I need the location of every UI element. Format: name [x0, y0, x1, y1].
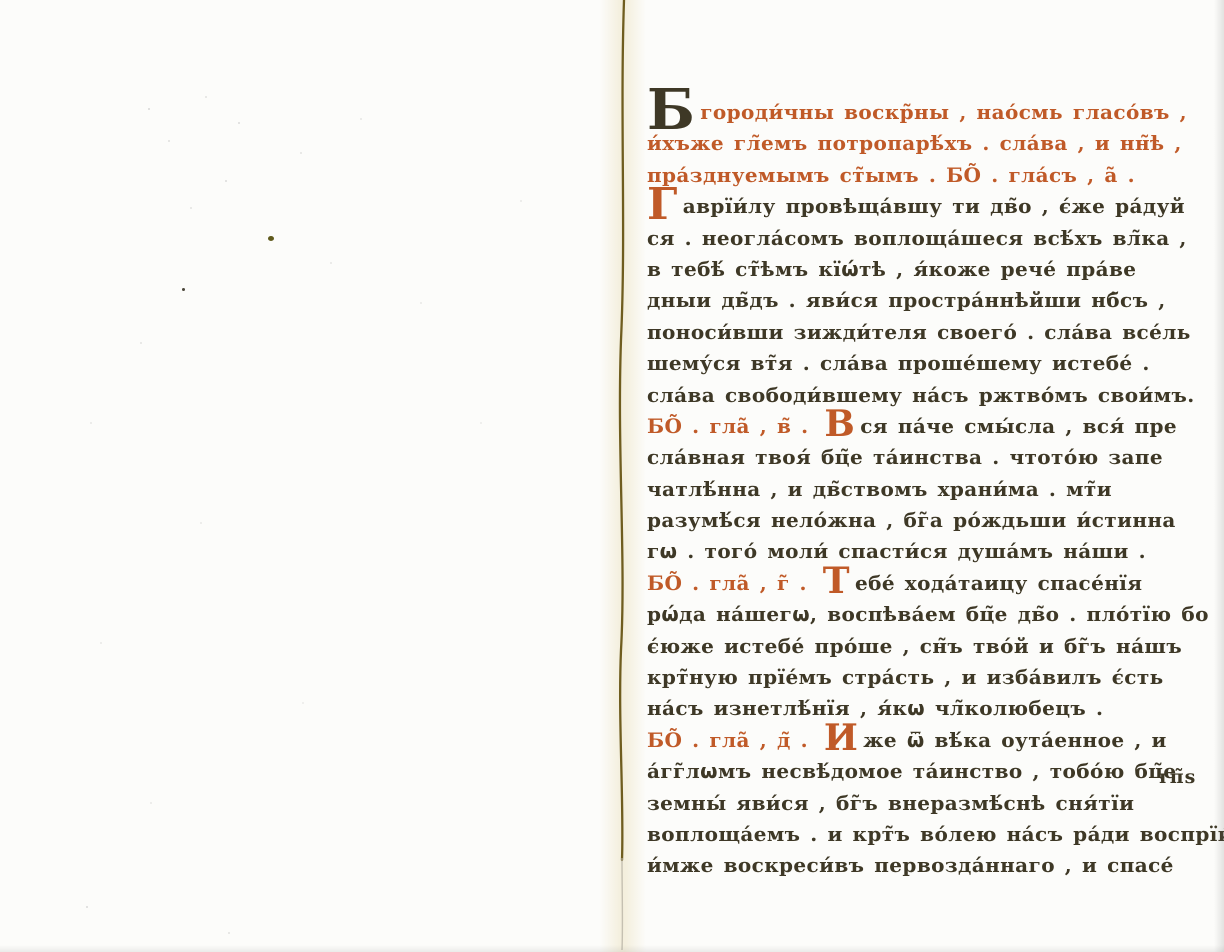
left-page-blank: [0, 0, 612, 952]
scan-edge-shadow-bottom: [0, 945, 1224, 952]
text-line: Бгороди́чны воскр̃ны , нао́смь гласо́въ …: [647, 97, 1192, 128]
text-segment: гѡ . того́ моли́ спасти́ся душа́мъ на́ши…: [647, 536, 1146, 567]
text-segment: дныи дв̃дъ . яви́ся простра́ннѣйши нб̃съ…: [647, 285, 1166, 316]
text-line: воплоща́емъ . и крт̃ъ во́лею на́съ ра́ди…: [647, 819, 1192, 850]
text-line: Гаврїи́лу провѣща́вшу ти дв̃о , є́же ра́…: [647, 191, 1192, 222]
text-segment: поноси́вши зижди́теля своего́ . сла́ва в…: [647, 317, 1191, 348]
text-segment: чатлѣ́нна , и дв̃ствомъ храни́ма . мт̃и: [647, 474, 1112, 505]
folio-signature: тп̃ѕ: [1157, 766, 1196, 788]
book-spread-scan: Бгороди́чны воскр̃ны , нао́смь гласо́въ …: [0, 0, 1224, 952]
text-line: сла́ва свободи́вшему на́съ ржтво́мъ свои…: [647, 380, 1192, 411]
text-segment: воплоща́емъ . и крт̃ъ во́лею на́съ ра́ди…: [647, 819, 1224, 850]
text-line: пра́зднуемымъ ст̃ымъ . БО̃ . гла́съ , а̃…: [647, 160, 1192, 191]
scan-edge-shadow-right: [1214, 0, 1224, 952]
right-page: Бгороди́чны воскр̃ны , нао́смь гласо́въ …: [612, 0, 1224, 952]
text-segment: а́гг̃лѡмъ несвѣ́домое та́инство , тобо́ю…: [647, 756, 1177, 787]
text-line: БО̃ . гла̃ , в̃ . Вся па́че смы́сла , вс…: [647, 411, 1192, 442]
paper-specks: [0, 0, 612, 952]
text-line: разумѣ́ся нело́жна , бг̃а ро́ждьши и́сти…: [647, 505, 1192, 536]
text-segment: городи́чны воскр̃ны , нао́смь гласо́въ ,: [700, 97, 1187, 128]
text-block: Бгороди́чны воскр̃ны , нао́смь гласо́въ …: [647, 97, 1192, 882]
text-line: є́юже истебе́ про́ше , сн̃ъ тво́й и бг̃ъ…: [647, 631, 1192, 662]
text-segment: аврїи́лу провѣща́вшу ти дв̃о , є́же ра́д…: [683, 191, 1185, 222]
text-segment: є́юже истебе́ про́ше , сн̃ъ тво́й и бг̃ъ…: [647, 631, 1182, 662]
text-line: ся . неогла́сомъ воплоща́шеся всѣ́хъ вл̃…: [647, 223, 1192, 254]
text-line: гѡ . того́ моли́ спасти́ся душа́мъ на́ши…: [647, 536, 1192, 567]
text-segment: ся . неогла́сомъ воплоща́шеся всѣ́хъ вл̃…: [647, 223, 1187, 254]
text-line: рѡ́да на́шегѡ, воспѣва́ем бц̃е дв̃о . пл…: [647, 599, 1192, 630]
text-line: сла́вная твоя́ бц̃е та́инства . чтото́ю …: [647, 442, 1192, 473]
text-segment: и́мже воскреси́въ первозда́ннаго , и спа…: [647, 850, 1174, 881]
text-segment: разумѣ́ся нело́жна , бг̃а ро́ждьши и́сти…: [647, 505, 1176, 536]
text-line: чатлѣ́нна , и дв̃ствомъ храни́ма . мт̃и: [647, 474, 1192, 505]
text-segment: крт̃ную прїе́мъ стра́сть , и изба́вилъ є…: [647, 662, 1164, 693]
text-segment: БО̃ . гла̃ , г̃ .: [647, 568, 817, 599]
text-segment: же ѿ вѣ́ка оута́енное , и: [863, 725, 1167, 756]
text-line: в тебѣ́ ст̃ѣмъ кїѡ́тѣ , я́коже рече́ пра…: [647, 254, 1192, 285]
text-segment: пра́зднуемымъ ст̃ымъ . БО̃ . гла́съ , а̃…: [647, 160, 1135, 191]
text-segment: земны́ яви́ся , бг̃ъ внеразмѣ́снѣ сня́тї…: [647, 788, 1134, 819]
text-line: шему́ся вт̃я . сла́ва проше́шему истебе́…: [647, 348, 1192, 379]
text-segment: БО̃ . гла̃ , в̃ .: [647, 411, 818, 442]
text-segment: ебе́ хода́таицу спасе́нїя: [855, 568, 1143, 599]
text-line: БО̃ . гла̃ , д̃ . Иже ѿ вѣ́ка оута́енное…: [647, 725, 1192, 756]
text-segment: БО̃ . гла̃ , д̃ .: [647, 725, 818, 756]
text-segment: рѡ́да на́шегѡ, воспѣва́ем бц̃е дв̃о . пл…: [647, 599, 1209, 630]
text-line: а́гг̃лѡмъ несвѣ́домое та́инство , тобо́ю…: [647, 756, 1192, 787]
text-line: поноси́вши зижди́теля своего́ . сла́ва в…: [647, 317, 1192, 348]
text-segment: и́хъже гл̃емъ потропарѣ́хъ . сла́ва , и …: [647, 128, 1182, 159]
text-line: и́мже воскреси́въ первозда́ннаго , и спа…: [647, 850, 1192, 881]
text-segment: сла́вная твоя́ бц̃е та́инства . чтото́ю …: [647, 442, 1163, 473]
text-segment: на́съ изнетлѣ́нїя , я́кѡ чл̃колюбецъ .: [647, 693, 1103, 724]
text-segment: в тебѣ́ ст̃ѣмъ кїѡ́тѣ , я́коже рече́ пра…: [647, 254, 1136, 285]
text-segment: шему́ся вт̃я . сла́ва проше́шему истебе́…: [647, 348, 1150, 379]
text-segment: сла́ва свободи́вшему на́съ ржтво́мъ свои…: [647, 380, 1195, 411]
text-segment: ся па́че смы́сла , вся́ пре: [860, 411, 1177, 442]
text-line: БО̃ . гла̃ , г̃ . Тебе́ хода́таицу спасе…: [647, 568, 1192, 599]
ink-spot: [268, 236, 274, 241]
text-line: крт̃ную прїе́мъ стра́сть , и изба́вилъ є…: [647, 662, 1192, 693]
text-line: на́съ изнетлѣ́нїя , я́кѡ чл̃колюбецъ .: [647, 693, 1192, 724]
text-line: дныи дв̃дъ . яви́ся простра́ннѣйши нб̃съ…: [647, 285, 1192, 316]
text-line: и́хъже гл̃емъ потропарѣ́хъ . сла́ва , и …: [647, 128, 1192, 159]
ink-speck: [182, 288, 185, 291]
text-line: земны́ яви́ся , бг̃ъ внеразмѣ́снѣ сня́тї…: [647, 788, 1192, 819]
